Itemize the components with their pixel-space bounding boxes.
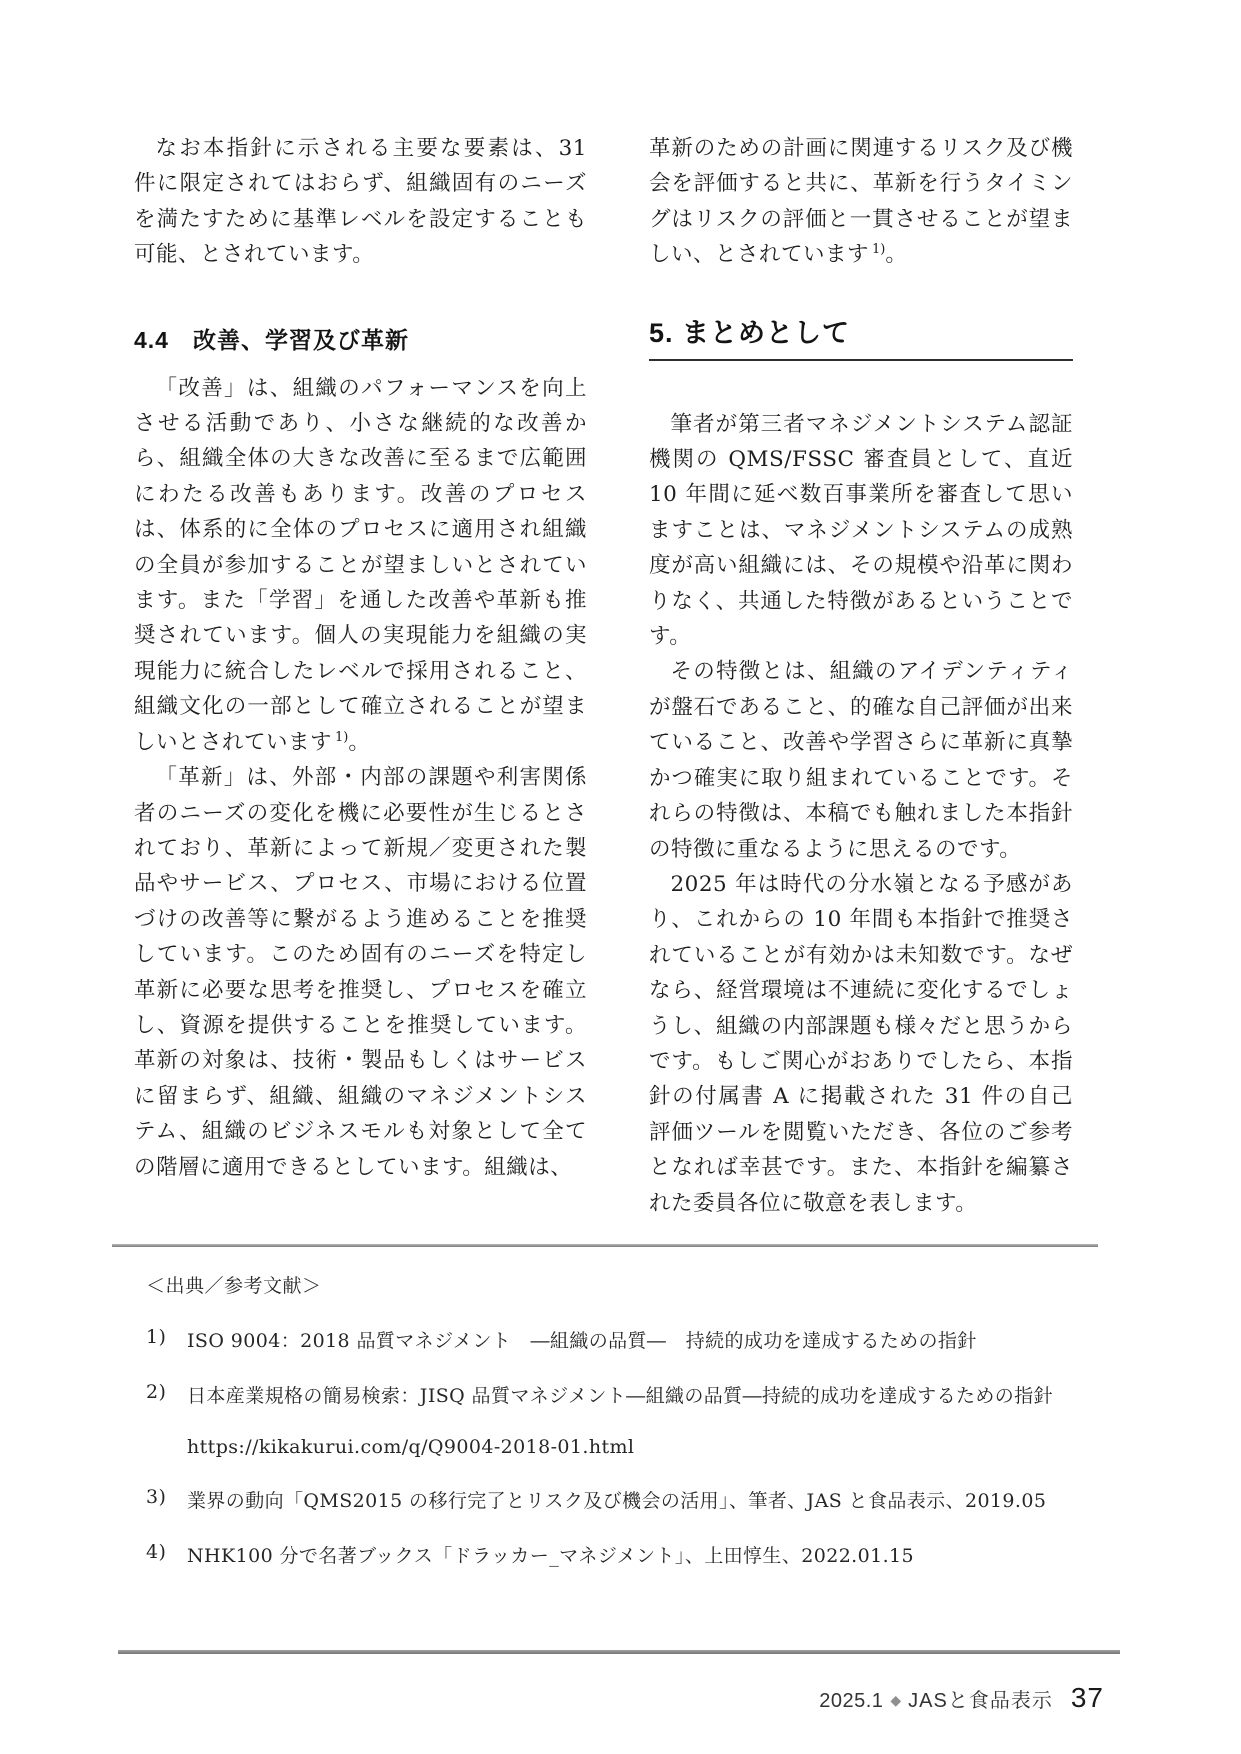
text-run: 革新のための計画に関連するリスク及び機会を評価すると共に、革新を行うタイミングは… — [649, 136, 1073, 267]
right-column: 革新のための計画に関連するリスク及び機会を評価すると共に、革新を行うタイミングは… — [649, 131, 1073, 1221]
text-run: 。 — [885, 242, 907, 267]
text-run: 。 — [348, 730, 370, 755]
paragraph-guideline-elements: なお本指針に示される主要な要素は、31 件に限定されてはおらず、組織固有のニーズ… — [134, 131, 587, 273]
footer-text-line: 2025.1 ◆ JASと食品表示 37 — [118, 1682, 1120, 1714]
page-number: 37 — [1071, 1682, 1104, 1714]
reference-item-4: 4) NHK100 分で名著ブックス「ドラッカー_マネジメント」、上田惇生、20… — [146, 1541, 1098, 1568]
reference-text: NHK100 分で名著ブックス「ドラッカー_マネジメント」、上田惇生、2022.… — [187, 1541, 1098, 1568]
page-footer: 2025.1 ◆ JASと食品表示 37 — [118, 1650, 1120, 1714]
reference-number: 1) — [146, 1326, 187, 1353]
paragraph-summary-2: その特徴とは、組織のアイデンティティが盤石であること、的確な自己評価が出来ている… — [649, 654, 1073, 866]
section-heading-4-4: 4.4 改善、学習及び革新 — [134, 325, 587, 355]
paragraph-summary-3: 2025 年は時代の分水嶺となる予感があり、これからの 10 年間も本指針で推奨… — [649, 867, 1073, 1221]
reference-text: 日本産業規格の簡易検索：JISQ 品質マネジメント―組織の品質―持続的成功を達成… — [187, 1381, 1098, 1408]
diamond-icon: ◆ — [890, 1692, 901, 1709]
journal-title: JASと食品表示 — [908, 1684, 1053, 1713]
left-column: なお本指針に示される主要な要素は、31 件に限定されてはおらず、組織固有のニーズ… — [134, 131, 587, 1185]
paragraph-summary-1: 筆者が第三者マネジメントシステム認証機関の QMS/FSSC 審査員として、直近… — [649, 407, 1073, 655]
paragraph-innovation: 「革新」は、外部・内部の課題や利害関係者のニーズの変化を機に必要性が生じるとされ… — [134, 760, 587, 1185]
section-heading-5: 5. まとめとして — [649, 317, 1073, 361]
reference-text: 業界の動向「QMS2015 の移行完了とリスク及び機会の活用」、筆者、JAS と… — [187, 1486, 1098, 1513]
paragraph-innovation-continuation: 革新のための計画に関連するリスク及び機会を評価すると共に、革新を行うタイミングは… — [649, 131, 1073, 273]
footnote-marker: 1) — [872, 242, 885, 257]
issue-date: 2025.1 — [819, 1690, 883, 1713]
footer-divider — [118, 1650, 1120, 1654]
references-divider — [112, 1244, 1098, 1247]
footnote-marker: 1) — [335, 730, 348, 745]
references-section: ＜出典／参考文献＞ 1) ISO 9004：2018 品質マネジメント ―組織の… — [112, 1244, 1098, 1568]
reference-number: 2) — [146, 1381, 187, 1408]
reference-number: 3) — [146, 1486, 187, 1513]
reference-url: https://kikakurui.com/q/Q9004-2018-01.ht… — [187, 1436, 1098, 1458]
reference-number: 4) — [146, 1541, 187, 1568]
document-page: なお本指針に示される主要な要素は、31 件に限定されてはおらず、組織固有のニーズ… — [0, 0, 1241, 1754]
reference-item-3: 3) 業界の動向「QMS2015 の移行完了とリスク及び機会の活用」、筆者、JA… — [146, 1486, 1098, 1513]
reference-text: ISO 9004：2018 品質マネジメント ―組織の品質― 持続的成功を達成す… — [187, 1326, 1098, 1353]
reference-item-2: 2) 日本産業規格の簡易検索：JISQ 品質マネジメント―組織の品質―持続的成功… — [146, 1381, 1098, 1408]
references-title: ＜出典／参考文献＞ — [146, 1271, 1098, 1298]
reference-item-1: 1) ISO 9004：2018 品質マネジメント ―組織の品質― 持続的成功を… — [146, 1326, 1098, 1353]
text-run: 「改善」は、組織のパフォーマンスを向上させる活動であり、小さな継続的な改善から、… — [134, 376, 587, 755]
paragraph-improvement: 「改善」は、組織のパフォーマンスを向上させる活動であり、小さな継続的な改善から、… — [134, 371, 587, 760]
